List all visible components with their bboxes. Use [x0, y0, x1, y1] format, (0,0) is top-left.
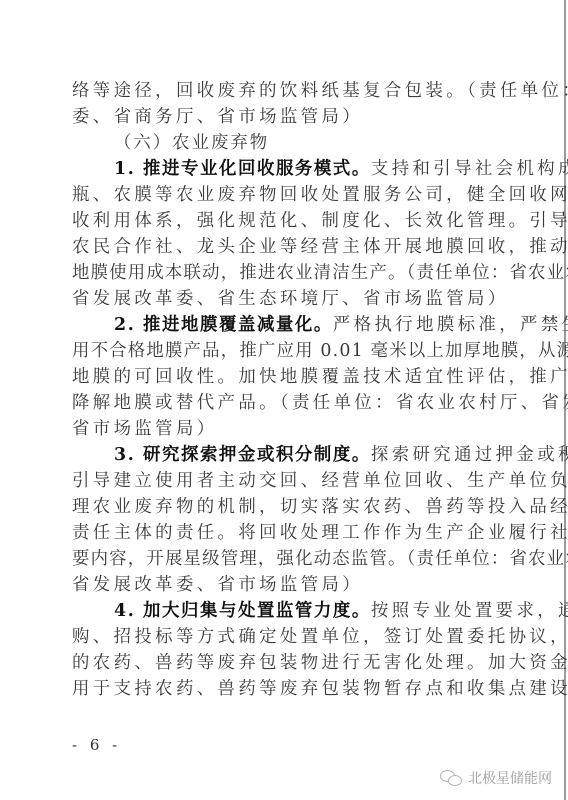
line-text: 探索研究通过押金或积分制，: [371, 445, 568, 465]
line-text: 委、省商务厅、省市场监管局）: [72, 107, 363, 127]
line-text: 农民合作社、龙头企业等经营主体开展地膜回收，推动地膜回收与: [72, 237, 568, 257]
line-text: 购、招投标等方式确定处置单位，签订处置委托协议，确保归集后: [72, 627, 568, 647]
line-text: 收利用体系，强化规范化、制度化、长效化管理。引导种植大户、: [72, 211, 568, 231]
document-page: 络等途径，回收废弃的饮料纸基复合包装。（责任单位：省发展改革委、省商务厅、省市场…: [72, 78, 502, 702]
item-heading-line: 4. 加大归集与处置监管力度。按照专业处置要求，通过政府采: [72, 598, 502, 624]
body-line: 省发展改革委、省生态环境厅、省市场监管局）: [72, 286, 502, 312]
body-line: 责任主体的责任。将回收处理工作作为生产企业履行社会责任的重: [72, 520, 502, 546]
body-line: 省市场监管局）: [72, 416, 502, 442]
line-text: 降解地膜或替代产品。（责任单位：省农业农村厅、省发展改革委、: [72, 393, 568, 413]
section-heading: （六）农业废弃物: [72, 130, 502, 156]
wechat-icon: [440, 770, 462, 786]
line-text: （六）农业废弃物: [114, 133, 269, 153]
body-line: 购、招投标等方式确定处置单位，签订处置委托协议，确保归集后: [72, 624, 502, 650]
item-title: 3. 研究探索押金或积分制度。: [114, 445, 371, 465]
body-line: 用于支持农药、兽药等废弃包装物暂存点和收集点建设、归集运输: [72, 676, 502, 702]
line-text: 严格执行地膜标准，严禁生产和使: [333, 315, 568, 335]
body-line: 络等途径，回收废弃的饮料纸基复合包装。（责任单位：省发展改革: [72, 78, 502, 104]
item-title: 4. 加大归集与处置监管力度。: [114, 601, 371, 621]
line-text: 络等途径，回收废弃的饮料纸基复合包装。（责任单位：省发展改革: [72, 81, 568, 101]
body-line: 收利用体系，强化规范化、制度化、长效化管理。引导种植大户、: [72, 208, 502, 234]
body-line: 要内容，开展星级管理，强化动态监管。（责任单位：省农业农村厅、: [72, 546, 502, 572]
body-line: 引导建立使用者主动交回、经营单位回收、生产单位负责或委托处: [72, 468, 502, 494]
item-heading-line: 2. 推进地膜覆盖减量化。严格执行地膜标准，严禁生产和使: [72, 312, 502, 338]
body-line: 委、省商务厅、省市场监管局）: [72, 104, 502, 130]
line-text: 地膜的可回收性。加快地膜覆盖技术适宜性评估，推广应用全生物: [72, 367, 568, 387]
line-text: 责任主体的责任。将回收处理工作作为生产企业履行社会责任的重: [72, 523, 568, 543]
line-text: 用于支持农药、兽药等废弃包装物暂存点和收集点建设、归集运输: [72, 679, 568, 699]
line-text: 按照专业处置要求，通过政府采: [371, 601, 568, 621]
body-line: 地膜的可回收性。加快地膜覆盖技术适宜性评估，推广应用全生物: [72, 364, 502, 390]
body-line: 理农业废弃物的机制，切实落实农药、兽药等投入品经营单位回收: [72, 494, 502, 520]
line-text: 省发展改革委、省生态环境厅、省市场监管局）: [72, 289, 509, 309]
body-line: 农民合作社、龙头企业等经营主体开展地膜回收，推动地膜回收与: [72, 234, 502, 260]
line-text: 用不合格地膜产品，推广应用 0.01 毫米以上加厚地膜，从源头保障: [72, 341, 568, 361]
item-title: 2. 推进地膜覆盖减量化。: [114, 315, 333, 335]
body-line: 省发展改革委、省市场监管局）: [72, 572, 502, 598]
watermark: 北极星储能网: [440, 768, 552, 788]
watermark-text: 北极星储能网: [468, 768, 552, 788]
item-heading-line: 1. 推进专业化回收服务模式。支持和引导社会机构成立农药: [72, 156, 502, 182]
body-line: 的农药、兽药等废弃包装物进行无害化处理。加大资金支持力度，: [72, 650, 502, 676]
line-text: 地膜使用成本联动，推进农业清洁生产。（责任单位：省农业农村厅、: [72, 263, 568, 283]
page-number: - 6 -: [72, 736, 121, 754]
line-text: 瓶、农膜等农业废弃物回收处置服务公司，健全回收网络，完善回: [72, 185, 568, 205]
line-text: 理农业废弃物的机制，切实落实农药、兽药等投入品经营单位回收: [72, 497, 568, 517]
line-text: 引导建立使用者主动交回、经营单位回收、生产单位负责或委托处: [72, 471, 568, 491]
body-line: 瓶、农膜等农业废弃物回收处置服务公司，健全回收网络，完善回: [72, 182, 502, 208]
line-text: 要内容，开展星级管理，强化动态监管。（责任单位：省农业农村厅、: [72, 549, 568, 569]
item-title: 1. 推进专业化回收服务模式。: [114, 159, 371, 179]
body-line: 地膜使用成本联动，推进农业清洁生产。（责任单位：省农业农村厅、: [72, 260, 502, 286]
line-text: 省市场监管局）: [72, 419, 218, 439]
line-text: 省发展改革委、省市场监管局）: [72, 575, 363, 595]
line-text: 支持和引导社会机构成立农药: [371, 159, 568, 179]
body-line: 用不合格地膜产品，推广应用 0.01 毫米以上加厚地膜，从源头保障: [72, 338, 502, 364]
body-line: 降解地膜或替代产品。（责任单位：省农业农村厅、省发展改革委、: [72, 390, 502, 416]
line-text: 的农药、兽药等废弃包装物进行无害化处理。加大资金支持力度，: [72, 653, 568, 673]
item-heading-line: 3. 研究探索押金或积分制度。探索研究通过押金或积分制，: [72, 442, 502, 468]
